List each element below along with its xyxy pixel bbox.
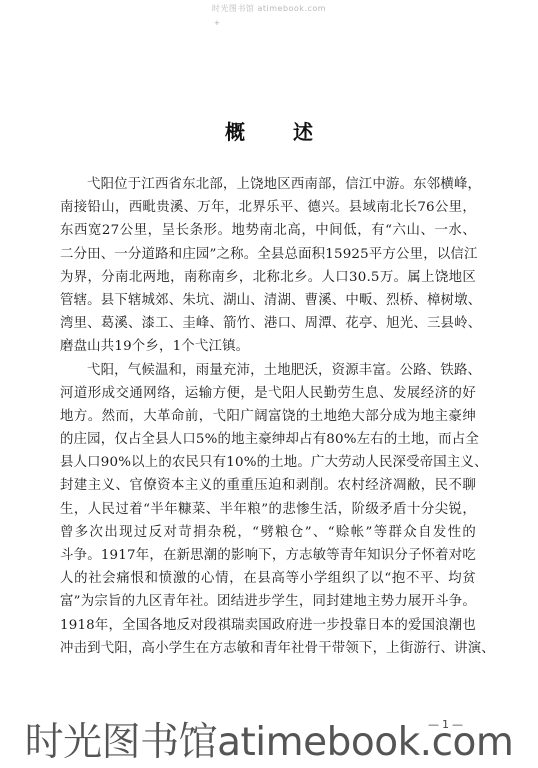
body-text: 弋阳位于江西省东北部，上饶地区西南部，信江中游。东邻横峰， 南接铅山，西毗贵溪、… [60, 173, 476, 660]
text-line: 县人口90%以上的农民只有10%的土地。广大劳动人民深受帝国主义、 [60, 451, 476, 474]
paragraph-1: 弋阳位于江西省东北部，上饶地区西南部，信江中游。东邻横峰， 南接铅山，西毗贵溪、… [60, 173, 476, 359]
text-line: 1918年，全国各地反对段祺瑞卖国政府进一步投靠日本的爱国浪潮也 [60, 614, 476, 637]
text-line: 磨盘山共19个乡，1个弋江镇。 [60, 335, 476, 358]
text-line: 南接铅山，西毗贵溪、万年，北界乐平、德兴。县域南北长76公里， [60, 196, 476, 219]
text-line: 斗争。1917年，在新思潮的影响下，方志敏等青年知识分子怀着对吃 [60, 544, 476, 567]
text-line: 冲击到弋阳，高小学生在方志敏和青年社骨干带领下，上街游行、讲演、 [60, 637, 476, 660]
text-line: 弋阳，气候温和，雨量充沛，土地肥沃，资源丰富。公路、铁路、 [60, 359, 476, 382]
page-title: 概述 [0, 116, 538, 145]
title-char-2: 述 [293, 116, 313, 145]
text-line: 二分田、一分道路和庄园”之称。全县总面积15925平方公里，以信江 [60, 243, 476, 266]
text-line: 生，人民过着“半年糠菜、半年粮”的悲惨生活，阶级矛盾十分尖锐， [60, 498, 476, 521]
text-line: 管辖。县下辖城郊、朱坑、湖山、清湖、曹溪、中畈、烈桥、樟树墩、 [60, 289, 476, 312]
text-line: 的庄园，仅占全县人口5%的地主豪绅却占有80%左右的土地，而占全 [60, 428, 476, 451]
text-line: 为界，分南北两地，南称南乡，北称北乡。人口30.5万。属上饶地区 [60, 266, 476, 289]
bottom-watermark: 时光图书馆atimebook.com [0, 718, 538, 768]
text-line: 人的社会痛恨和愤激的心情，在县高等小学组织了以“抱不平、均贫 [60, 567, 476, 590]
text-line: 曾多次出现过反对苛捐杂税，“劈粮仓”、“赊帐”等群众自发性的 [60, 521, 476, 544]
text-line: 地方。然而，大革命前，弋阳广阔富饶的土地绝大部分成为地主豪绅 [60, 405, 476, 428]
text-line: 封建主义、官僚资本主义的重重压迫和剥削。农村经济凋敝，民不聊 [60, 474, 476, 497]
top-mark: + [214, 19, 220, 27]
text-line: 弋阳位于江西省东北部，上饶地区西南部，信江中游。东邻横峰， [60, 173, 476, 196]
text-line: 富”为宗旨的九区青年社。团结进步学生，同封建地主势力展开斗争。 [60, 590, 476, 613]
paragraph-2: 弋阳，气候温和，雨量充沛，土地肥沃，资源丰富。公路、铁路、 河道形成交通网络，运… [60, 359, 476, 660]
text-line: 河道形成交通网络，运输方便，是弋阳人民勤劳生息、发展经济的好 [60, 382, 476, 405]
text-line: 东西宽27公里，呈长条形。地势南北高，中间低，有“六山、一水、 [60, 219, 476, 242]
title-char-1: 概 [225, 116, 245, 145]
top-watermark: 时光图书馆 atimebook.com [0, 3, 538, 14]
text-line: 湾里、葛溪、漆工、圭峰、箭竹、港口、周潭、花亭、旭光、三县岭、 [60, 312, 476, 335]
